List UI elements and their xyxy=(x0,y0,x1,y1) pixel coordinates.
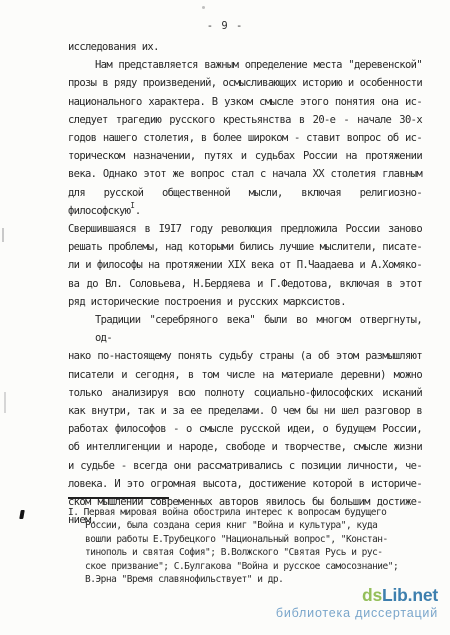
body-line: ловека. И это огромная высота, достижени… xyxy=(68,475,422,493)
dslib-watermark: dsLib.net библиотека диссертаций xyxy=(276,586,438,621)
footnote-line: ское призвание"; С.Булгакова "Война и ру… xyxy=(68,560,422,573)
footnote-line: I. Первая мировая война обострила интере… xyxy=(68,506,422,519)
body-line: об интеллигенции и народе, свободе и тво… xyxy=(68,438,422,456)
scan-mark-flag xyxy=(19,510,25,519)
body-line: ряд исторические построения и русских ма… xyxy=(68,293,422,311)
body-line: для русской общественной мысли, включая … xyxy=(68,184,422,220)
body-line: Традиции "серебряного века" были во мног… xyxy=(68,311,422,347)
body-line: следует трагедию русского крестьянства в… xyxy=(68,111,422,129)
body-line: века. Однако этот же вопрос стал с начал… xyxy=(68,165,422,183)
footnote-line: вошли работы Е.Трубецкого "Национальный … xyxy=(68,533,422,546)
page-number: - 9 - xyxy=(0,20,450,32)
logo-libnet-text: Lib.net xyxy=(382,585,438,605)
body-line: прозы в ряду произведений, осмысливающих… xyxy=(68,74,422,92)
body-line: как внутри, так и за ее пределами. О чем… xyxy=(68,402,422,420)
body-text: исследования их.Нам представляется важны… xyxy=(68,38,422,529)
body-line: нако по-настоящему понять судьбу страны … xyxy=(68,347,422,365)
body-line: только анализируя всю полноту социально-… xyxy=(68,384,422,402)
body-line: Свершившаяся в I9I7 году революция предл… xyxy=(68,220,422,238)
scan-mark-dash xyxy=(4,392,6,413)
footnote-line: России, была создана серия книг "Война и… xyxy=(68,519,422,532)
dslib-logo: dsLib.net xyxy=(276,586,438,605)
body-line: и судьбе - всегда они рассматривались с … xyxy=(68,457,422,475)
scan-mark-speck xyxy=(202,6,205,9)
logo-ds-text: ds xyxy=(362,585,382,605)
body-line: решать проблемы, над которыми бились луч… xyxy=(68,238,422,256)
body-line: ва до Вл. Соловьева, Н.Бердяева и Г.Федо… xyxy=(68,275,422,293)
body-line: национального характера. В узком смысле … xyxy=(68,93,422,111)
footnote: I. Первая мировая война обострила интере… xyxy=(68,506,422,586)
body-line: торическом назначении, путях и судьбах Р… xyxy=(68,147,422,165)
footnote-separator xyxy=(68,497,169,499)
body-line: исследования их. xyxy=(68,38,422,56)
body-line: работах философов - о смысле русской иде… xyxy=(68,420,422,438)
body-line: Нам представляется важным определение ме… xyxy=(68,56,422,74)
scan-mark-dash xyxy=(2,228,4,242)
logo-subtitle: библиотека диссертаций xyxy=(276,606,438,621)
body-line: годов нашего столетия, в более широком -… xyxy=(68,129,422,147)
body-line: ли и философы на протяжении XIX века от … xyxy=(68,256,422,274)
document-page: - 9 - исследования их.Нам представляется… xyxy=(0,0,450,635)
footnote-line: тинополь и святая София"; В.Волжского "С… xyxy=(68,546,422,559)
body-line: писатели и сегодня, в том числе на матер… xyxy=(68,366,422,384)
